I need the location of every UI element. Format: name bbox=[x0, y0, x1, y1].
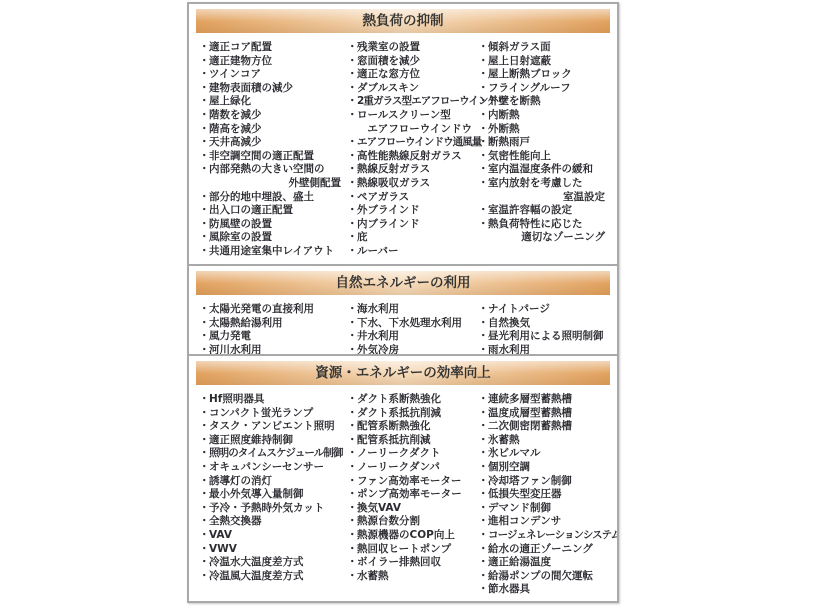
list-item: ・雨水利用 bbox=[478, 344, 611, 354]
bullet-icon: ・ bbox=[199, 502, 209, 516]
list-item: ・VWV bbox=[199, 543, 347, 557]
section-column: ・太陽光発電の直接利用・太陽熱給湯利用・風力発電・河川水利用 bbox=[199, 303, 347, 354]
list-item: ・室温許容幅の設定 bbox=[478, 204, 611, 218]
list-item: ・内ブラインド bbox=[347, 218, 478, 232]
bullet-icon: ・ bbox=[199, 434, 209, 448]
bullet-icon: ・ bbox=[478, 556, 488, 570]
list-item-label: 熱線反射ガラス bbox=[357, 163, 430, 177]
list-item-label: 太陽熱給湯利用 bbox=[209, 317, 283, 331]
list-item: ・庇 bbox=[347, 231, 478, 245]
list-item: ・井水利用 bbox=[347, 330, 478, 344]
list-item: ・太陽光発電の直接利用 bbox=[199, 303, 347, 317]
section-title: 自然エネルギーの利用 bbox=[336, 275, 471, 291]
bullet-icon: ・ bbox=[347, 570, 357, 584]
list-item-label: 共通用途室集中レイアウト bbox=[209, 245, 334, 259]
list-item-label: ペアガラス bbox=[357, 191, 409, 205]
bullet-icon: ・ bbox=[478, 55, 488, 69]
bullet-icon: ・ bbox=[347, 41, 357, 55]
bullet-icon: ・ bbox=[478, 41, 488, 55]
bullet-icon: ・ bbox=[478, 502, 488, 516]
list-item-label: 防風壁の設置 bbox=[209, 218, 272, 232]
list-item: ・下水、下水処理水利用 bbox=[347, 317, 478, 331]
bullet-icon: ・ bbox=[478, 109, 488, 123]
bullet-icon: ・ bbox=[478, 583, 488, 597]
bullet-icon: ・ bbox=[199, 136, 209, 150]
bullet-icon: ・ bbox=[199, 82, 209, 96]
list-item: ・給水の適正ゾーニング bbox=[478, 543, 611, 557]
list-item-continuation: 室温設定 bbox=[478, 191, 611, 205]
list-item-label: 適正コア配置 bbox=[209, 41, 272, 55]
list-item: ・ルーバー bbox=[347, 245, 478, 259]
list-item-label: 断熱雨戸 bbox=[488, 136, 530, 150]
bullet-icon: ・ bbox=[347, 191, 357, 205]
list-item: ・熱負荷特性に応じた bbox=[478, 218, 611, 232]
measures-panel: 熱負荷の抑制 ・適正コア配置・適正建物方位・ツインコア・建物表面積の減少・屋上緑… bbox=[187, 2, 619, 603]
list-item-label: ノーリークダクト bbox=[357, 447, 440, 461]
bullet-icon: ・ bbox=[199, 68, 209, 82]
list-item: ・室内放射を考慮した bbox=[478, 177, 611, 191]
list-item-label: フライングルーフ bbox=[488, 82, 571, 96]
energy-saving-measures-page: 熱負荷の抑制 ・適正コア配置・適正建物方位・ツインコア・建物表面積の減少・屋上緑… bbox=[0, 0, 813, 610]
list-item: ・気密性能向上 bbox=[478, 150, 611, 164]
bullet-icon: ・ bbox=[478, 420, 488, 434]
list-item: ・冷温風大温度差方式 bbox=[199, 570, 347, 584]
bullet-icon: ・ bbox=[478, 447, 488, 461]
section-column: ・Hf照明器具・コンパクト蛍光ランプ・タスク・アンビエント照明・適正照度維持制御… bbox=[199, 393, 347, 597]
bullet-icon: ・ bbox=[347, 218, 357, 232]
list-item-label: 非空調空間の適正配置 bbox=[209, 150, 314, 164]
list-item: ・ダクト系抵抗削減 bbox=[347, 407, 478, 421]
list-item-continuation: 外壁側配置 bbox=[199, 177, 347, 191]
list-item-label: 換気VAV bbox=[357, 502, 401, 516]
list-item: ・外ブラインド bbox=[347, 204, 478, 218]
list-item-label: 誘導灯の消灯 bbox=[209, 475, 272, 489]
list-item-label: 残業室の設置 bbox=[357, 41, 420, 55]
bullet-icon: ・ bbox=[478, 344, 488, 354]
bullet-icon: ・ bbox=[347, 204, 357, 218]
list-item-label: ダブルスキン bbox=[357, 82, 419, 96]
list-item-label: 熱負荷特性に応じた bbox=[488, 218, 583, 232]
list-item-label: ナイトパージ bbox=[488, 303, 550, 317]
list-item: ・予冷・予熱時外気カット bbox=[199, 502, 347, 516]
list-item-label: コージェネレーションシステム bbox=[488, 529, 617, 543]
list-item-label: 配管系抵抗削減 bbox=[357, 434, 431, 448]
list-item-label: 冷温水大温度差方式 bbox=[209, 556, 304, 570]
bullet-icon: ・ bbox=[478, 82, 488, 96]
list-item-label: 海水利用 bbox=[357, 303, 399, 317]
bullet-icon: ・ bbox=[478, 163, 488, 177]
list-item-label: 氷ビルマル bbox=[488, 447, 541, 461]
list-item-label: 熱源台数分割 bbox=[357, 515, 420, 529]
list-item-label: 内ブラインド bbox=[357, 218, 420, 232]
section-title: 資源・エネルギーの効率向上 bbox=[315, 365, 491, 381]
list-item-label: 室温許容幅の設定 bbox=[488, 204, 572, 218]
bullet-icon: ・ bbox=[347, 330, 357, 344]
list-item-label: 室温設定 bbox=[563, 191, 605, 205]
bullet-icon: ・ bbox=[199, 420, 209, 434]
section-body: ・適正コア配置・適正建物方位・ツインコア・建物表面積の減少・屋上緑化・階数を減少… bbox=[195, 33, 611, 259]
section-header: 自然エネルギーの利用 bbox=[196, 271, 610, 295]
list-item-label: 自然換気 bbox=[488, 317, 530, 331]
list-item-label: 水蓄熱 bbox=[357, 570, 389, 584]
bullet-icon: ・ bbox=[347, 488, 357, 502]
list-item-label: 個別空調 bbox=[488, 461, 530, 475]
list-item: ・風力発電 bbox=[199, 330, 347, 344]
list-item: ・適正給湯温度 bbox=[478, 556, 611, 570]
list-item: ・残業室の設置 bbox=[347, 41, 478, 55]
bullet-icon: ・ bbox=[347, 95, 357, 109]
list-item-label: 二次側密閉蓄熱槽 bbox=[488, 420, 572, 434]
list-item-label: 熱線吸収ガラス bbox=[357, 177, 430, 191]
list-item: ・オキュパンシーセンサー bbox=[199, 461, 347, 475]
list-item-label: ノーリークダンパ bbox=[357, 461, 440, 475]
list-item: ・配管系断熱強化 bbox=[347, 420, 478, 434]
list-item-label: 適正給湯温度 bbox=[488, 556, 551, 570]
section-header: 資源・エネルギーの効率向上 bbox=[196, 361, 610, 385]
list-item: ・個別空調 bbox=[478, 461, 611, 475]
list-item-label: 昼光利用による照明制御 bbox=[488, 330, 604, 344]
list-item: ・VAV bbox=[199, 529, 347, 543]
list-item: ・Hf照明器具 bbox=[199, 393, 347, 407]
bullet-icon: ・ bbox=[478, 543, 488, 557]
list-item-label: 屋上日射遮蔽 bbox=[488, 55, 551, 69]
bullet-icon: ・ bbox=[347, 163, 357, 177]
list-item: ・屋上緑化 bbox=[199, 95, 347, 109]
list-item-label: ダクト系抵抗削減 bbox=[357, 407, 441, 421]
bullet-icon: ・ bbox=[199, 344, 209, 354]
bullet-icon: ・ bbox=[347, 245, 357, 259]
list-item-label: エアフローウインドウ bbox=[367, 123, 472, 137]
list-item: ・外断熱 bbox=[478, 123, 611, 137]
bullet-icon: ・ bbox=[478, 136, 488, 150]
list-item-label: 給湯ポンプの間欠運転 bbox=[488, 570, 593, 584]
bullet-icon: ・ bbox=[347, 82, 357, 96]
list-item: ・適正コア配置 bbox=[199, 41, 347, 55]
list-item: ・最小外気導入量制御 bbox=[199, 488, 347, 502]
bullet-icon: ・ bbox=[478, 218, 488, 232]
list-item-label: 給水の適正ゾーニング bbox=[488, 543, 593, 557]
bullet-icon: ・ bbox=[199, 330, 209, 344]
bullet-icon: ・ bbox=[199, 163, 209, 177]
list-item: ・適正照度維持制御 bbox=[199, 434, 347, 448]
list-item-label: ルーバー bbox=[357, 245, 398, 259]
list-item: ・階数を減少 bbox=[199, 109, 347, 123]
bullet-icon: ・ bbox=[478, 570, 488, 584]
bullet-icon: ・ bbox=[199, 529, 209, 543]
list-item-label: 適切なゾーニング bbox=[521, 231, 605, 245]
bullet-icon: ・ bbox=[199, 109, 209, 123]
list-item-label: 下水、下水処理水利用 bbox=[357, 317, 462, 331]
list-item: ・進相コンデンサ bbox=[478, 515, 611, 529]
bullet-icon: ・ bbox=[199, 447, 209, 461]
bullet-icon: ・ bbox=[199, 245, 209, 259]
bullet-icon: ・ bbox=[347, 317, 357, 331]
list-item-label: 氷蓄熱 bbox=[488, 434, 520, 448]
bullet-icon: ・ bbox=[478, 529, 488, 543]
list-item-label: 雨水利用 bbox=[488, 344, 530, 354]
bullet-icon: ・ bbox=[347, 393, 357, 407]
list-item-label: 階高を減少 bbox=[209, 123, 262, 137]
list-item: ・冷温水大温度差方式 bbox=[199, 556, 347, 570]
list-item: ・ノーリークダクト bbox=[347, 447, 478, 461]
list-item: ・エアフローウインドウ通風量 bbox=[347, 136, 478, 150]
list-item-label: 進相コンデンサ bbox=[488, 515, 561, 529]
list-item-label: 最小外気導入量制御 bbox=[209, 488, 304, 502]
list-item: ・河川水利用 bbox=[199, 344, 347, 354]
list-item: ・ボイラー排熱回収 bbox=[347, 556, 478, 570]
list-item-label: 窓面積を減少 bbox=[357, 55, 420, 69]
list-item-continuation: 適切なゾーニング bbox=[478, 231, 611, 245]
bullet-icon: ・ bbox=[478, 95, 488, 109]
bullet-icon: ・ bbox=[478, 330, 488, 344]
bullet-icon: ・ bbox=[199, 556, 209, 570]
list-item: ・氷蓄熱 bbox=[478, 434, 611, 448]
list-item-label: 予冷・予熱時外気カット bbox=[209, 502, 324, 516]
bullet-icon: ・ bbox=[347, 344, 357, 354]
section-column: ・傾斜ガラス面・屋上日射遮蔽・屋上断熱ブロック・フライングルーフ・外壁を断熱・内… bbox=[478, 41, 611, 259]
bullet-icon: ・ bbox=[199, 55, 209, 69]
list-item: ・低損失型変圧器 bbox=[478, 488, 611, 502]
list-item-label: 部分的地中埋設、盛土 bbox=[209, 191, 314, 205]
list-item-label: 風力発電 bbox=[209, 330, 251, 344]
list-item-label: 適正照度維持制御 bbox=[209, 434, 293, 448]
list-item: ・断熱雨戸 bbox=[478, 136, 611, 150]
bullet-icon: ・ bbox=[347, 407, 357, 421]
bullet-icon: ・ bbox=[199, 41, 209, 55]
list-item-label: タスク・アンビエント照明 bbox=[209, 420, 335, 434]
list-item-label: 風除室の設置 bbox=[209, 231, 272, 245]
list-item: ・ファン高効率モーター bbox=[347, 475, 478, 489]
bullet-icon: ・ bbox=[478, 317, 488, 331]
list-item: ・誘導灯の消灯 bbox=[199, 475, 347, 489]
list-item-label: 内断熱 bbox=[488, 109, 520, 123]
section-heat-load-suppression: 熱負荷の抑制 ・適正コア配置・適正建物方位・ツインコア・建物表面積の減少・屋上緑… bbox=[189, 4, 617, 264]
list-item: ・熱回収ヒートポンプ bbox=[347, 543, 478, 557]
list-item: ・換気VAV bbox=[347, 502, 478, 516]
bullet-icon: ・ bbox=[199, 407, 209, 421]
list-item: ・階高を減少 bbox=[199, 123, 347, 137]
list-item: ・防風壁の設置 bbox=[199, 218, 347, 232]
bullet-icon: ・ bbox=[478, 461, 488, 475]
section-column: ・海水利用・下水、下水処理水利用・井水利用・外気冷房 bbox=[347, 303, 478, 354]
section-body: ・Hf照明器具・コンパクト蛍光ランプ・タスク・アンビエント照明・適正照度維持制御… bbox=[195, 385, 611, 597]
list-item-label: デマンド制御 bbox=[488, 502, 551, 516]
bullet-icon: ・ bbox=[347, 434, 357, 448]
list-item: ・適正建物方位 bbox=[199, 55, 347, 69]
bullet-icon: ・ bbox=[347, 556, 357, 570]
list-item-label: 外断熱 bbox=[488, 123, 520, 137]
bullet-icon: ・ bbox=[347, 231, 357, 245]
list-item-label: 天井高減少 bbox=[209, 136, 262, 150]
bullet-icon: ・ bbox=[347, 109, 357, 123]
list-item-label: VWV bbox=[209, 543, 237, 557]
list-item: ・ダブルスキン bbox=[347, 82, 478, 96]
list-item-label: 高性能熱線反射ガラス bbox=[357, 150, 462, 164]
bullet-icon: ・ bbox=[478, 488, 488, 502]
list-item: ・風除室の設置 bbox=[199, 231, 347, 245]
list-item-label: 冷却塔ファン制御 bbox=[488, 475, 572, 489]
list-item-label: 冷温風大温度差方式 bbox=[209, 570, 304, 584]
bullet-icon: ・ bbox=[478, 204, 488, 218]
list-item: ・タスク・アンビエント照明 bbox=[199, 420, 347, 434]
list-item-label: 全熱交換器 bbox=[209, 515, 262, 529]
bullet-icon: ・ bbox=[347, 420, 357, 434]
bullet-icon: ・ bbox=[478, 407, 488, 421]
list-item-label: 屋上断熱ブロック bbox=[488, 68, 572, 82]
list-item: ・屋上日射遮蔽 bbox=[478, 55, 611, 69]
bullet-icon: ・ bbox=[199, 218, 209, 232]
list-item-label: エアフローウインドウ通風量 bbox=[357, 136, 482, 150]
list-item-label: 内部発熱の大きい空間の bbox=[209, 163, 325, 177]
list-item: ・2重ガラス型エアフローウインドウ bbox=[347, 95, 478, 109]
section-header: 熱負荷の抑制 bbox=[196, 9, 610, 33]
section-body: ・太陽光発電の直接利用・太陽熱給湯利用・風力発電・河川水利用・海水利用・下水、下… bbox=[195, 295, 611, 354]
section-column: ・残業室の設置・窓面積を減少・適正な窓方位・ダブルスキン・2重ガラス型エアフロー… bbox=[347, 41, 478, 259]
list-item: ・外気冷房 bbox=[347, 344, 478, 354]
list-item-label: コンパクト蛍光ランプ bbox=[209, 407, 313, 421]
list-item: ・屋上断熱ブロック bbox=[478, 68, 611, 82]
list-item-label: 熱回収ヒートポンプ bbox=[357, 543, 451, 557]
bullet-icon: ・ bbox=[199, 191, 209, 205]
bullet-icon: ・ bbox=[347, 502, 357, 516]
bullet-icon: ・ bbox=[199, 95, 209, 109]
list-item-label: 外ブラインド bbox=[357, 204, 420, 218]
bullet-icon: ・ bbox=[478, 393, 488, 407]
list-item: ・フライングルーフ bbox=[478, 82, 611, 96]
bullet-icon: ・ bbox=[347, 543, 357, 557]
list-item: ・部分的地中埋設、盛土 bbox=[199, 191, 347, 205]
list-item: ・デマンド制御 bbox=[478, 502, 611, 516]
list-item: ・二次側密閉蓄熱槽 bbox=[478, 420, 611, 434]
list-item: ・昼光利用による照明制御 bbox=[478, 330, 611, 344]
section-column: ・連続多層型蓄熱槽・温度成層型蓄熱槽・二次側密閉蓄熱槽・氷蓄熱・氷ビルマル・個別… bbox=[478, 393, 611, 597]
list-item-label: 室内放射を考慮した bbox=[488, 177, 583, 191]
list-item-label: 外気冷房 bbox=[357, 344, 399, 354]
list-item-label: 建物表面積の減少 bbox=[209, 82, 293, 96]
list-item-label: 気密性能向上 bbox=[488, 150, 551, 164]
list-item: ・共通用途室集中レイアウト bbox=[199, 245, 347, 259]
bullet-icon: ・ bbox=[347, 475, 357, 489]
list-item: ・節水器具 bbox=[478, 583, 611, 597]
bullet-icon: ・ bbox=[199, 488, 209, 502]
bullet-icon: ・ bbox=[347, 150, 357, 164]
list-item: ・連続多層型蓄熱槽 bbox=[478, 393, 611, 407]
list-item-label: 傾斜ガラス面 bbox=[488, 41, 551, 55]
bullet-icon: ・ bbox=[478, 515, 488, 529]
list-item: ・全熱交換器 bbox=[199, 515, 347, 529]
list-item-label: 節水器具 bbox=[488, 583, 530, 597]
bullet-icon: ・ bbox=[199, 123, 209, 137]
bullet-icon: ・ bbox=[478, 475, 488, 489]
list-item: ・海水利用 bbox=[347, 303, 478, 317]
list-item-label: Hf照明器具 bbox=[209, 393, 264, 407]
list-item: ・コージェネレーションシステム bbox=[478, 529, 611, 543]
list-item-label: 適正建物方位 bbox=[209, 55, 272, 69]
list-item: ・自然換気 bbox=[478, 317, 611, 331]
list-item-label: 河川水利用 bbox=[209, 344, 262, 354]
list-item: ・内断熱 bbox=[478, 109, 611, 123]
list-item: ・内部発熱の大きい空間の bbox=[199, 163, 347, 177]
list-item: ・熱線反射ガラス bbox=[347, 163, 478, 177]
bullet-icon: ・ bbox=[199, 393, 209, 407]
bullet-icon: ・ bbox=[347, 303, 357, 317]
bullet-icon: ・ bbox=[199, 515, 209, 529]
list-item-label: 屋上緑化 bbox=[209, 95, 251, 109]
list-item: ・氷ビルマル bbox=[478, 447, 611, 461]
list-item: ・熱源台数分割 bbox=[347, 515, 478, 529]
list-item-label: 階数を減少 bbox=[209, 109, 262, 123]
list-item: ・熱線吸収ガラス bbox=[347, 177, 478, 191]
list-item: ・冷却塔ファン制御 bbox=[478, 475, 611, 489]
list-item: ・配管系抵抗削減 bbox=[347, 434, 478, 448]
list-item: ・ポンプ高効率モーター bbox=[347, 488, 478, 502]
bullet-icon: ・ bbox=[199, 461, 209, 475]
list-item: ・ダクト系断熱強化 bbox=[347, 393, 478, 407]
list-item: ・照明のタイムスケジュール制御 bbox=[199, 447, 347, 461]
bullet-icon: ・ bbox=[199, 303, 209, 317]
list-item: ・建物表面積の減少 bbox=[199, 82, 347, 96]
list-item: ・給湯ポンプの間欠運転 bbox=[478, 570, 611, 584]
list-item: ・ノーリークダンパ bbox=[347, 461, 478, 475]
bullet-icon: ・ bbox=[199, 475, 209, 489]
list-item: ・高性能熱線反射ガラス bbox=[347, 150, 478, 164]
bullet-icon: ・ bbox=[347, 55, 357, 69]
bullet-icon: ・ bbox=[478, 123, 488, 137]
list-item: ・天井高減少 bbox=[199, 136, 347, 150]
list-item-label: 室内温湿度条件の緩和 bbox=[488, 163, 593, 177]
list-item-label: 井水利用 bbox=[357, 330, 399, 344]
list-item: ・出入口の適正配置 bbox=[199, 204, 347, 218]
list-item-label: 外壁を断熱 bbox=[488, 95, 541, 109]
list-item-label: 温度成層型蓄熱槽 bbox=[488, 407, 572, 421]
list-item-label: ボイラー排熱回収 bbox=[357, 556, 441, 570]
bullet-icon: ・ bbox=[199, 570, 209, 584]
bullet-icon: ・ bbox=[347, 529, 357, 543]
bullet-icon: ・ bbox=[347, 136, 357, 150]
section-column: ・ナイトパージ・自然換気・昼光利用による照明制御・雨水利用 bbox=[478, 303, 611, 354]
list-item-label: 出入口の適正配置 bbox=[209, 204, 293, 218]
section-natural-energy-use: 自然エネルギーの利用 ・太陽光発電の直接利用・太陽熱給湯利用・風力発電・河川水利… bbox=[189, 264, 617, 354]
bullet-icon: ・ bbox=[347, 447, 357, 461]
bullet-icon: ・ bbox=[199, 150, 209, 164]
list-item: ・ロールスクリーン型 bbox=[347, 109, 478, 123]
list-item: ・傾斜ガラス面 bbox=[478, 41, 611, 55]
list-item: ・ツインコア bbox=[199, 68, 347, 82]
list-item: ・ペアガラス bbox=[347, 191, 478, 205]
list-item: ・ナイトパージ bbox=[478, 303, 611, 317]
list-item-label: 低損失型変圧器 bbox=[488, 488, 562, 502]
list-item: ・非空調空間の適正配置 bbox=[199, 150, 347, 164]
bullet-icon: ・ bbox=[478, 177, 488, 191]
list-item-label: 庇 bbox=[357, 231, 368, 245]
list-item-label: ロールスクリーン型 bbox=[357, 109, 451, 123]
list-item-label: 熱源機器のCOP向上 bbox=[357, 529, 455, 543]
list-item: ・窓面積を減少 bbox=[347, 55, 478, 69]
list-item-label: ダクト系断熱強化 bbox=[357, 393, 441, 407]
list-item: ・熱源機器のCOP向上 bbox=[347, 529, 478, 543]
list-item-label: オキュパンシーセンサー bbox=[209, 461, 324, 475]
list-item: ・温度成層型蓄熱槽 bbox=[478, 407, 611, 421]
bullet-icon: ・ bbox=[347, 515, 357, 529]
list-item-label: ファン高効率モーター bbox=[357, 475, 461, 489]
list-item-label: VAV bbox=[209, 529, 232, 543]
bullet-icon: ・ bbox=[478, 434, 488, 448]
list-item: ・コンパクト蛍光ランプ bbox=[199, 407, 347, 421]
bullet-icon: ・ bbox=[478, 150, 488, 164]
bullet-icon: ・ bbox=[478, 303, 488, 317]
list-item-label: 太陽光発電の直接利用 bbox=[209, 303, 314, 317]
list-item: ・適正な窓方位 bbox=[347, 68, 478, 82]
